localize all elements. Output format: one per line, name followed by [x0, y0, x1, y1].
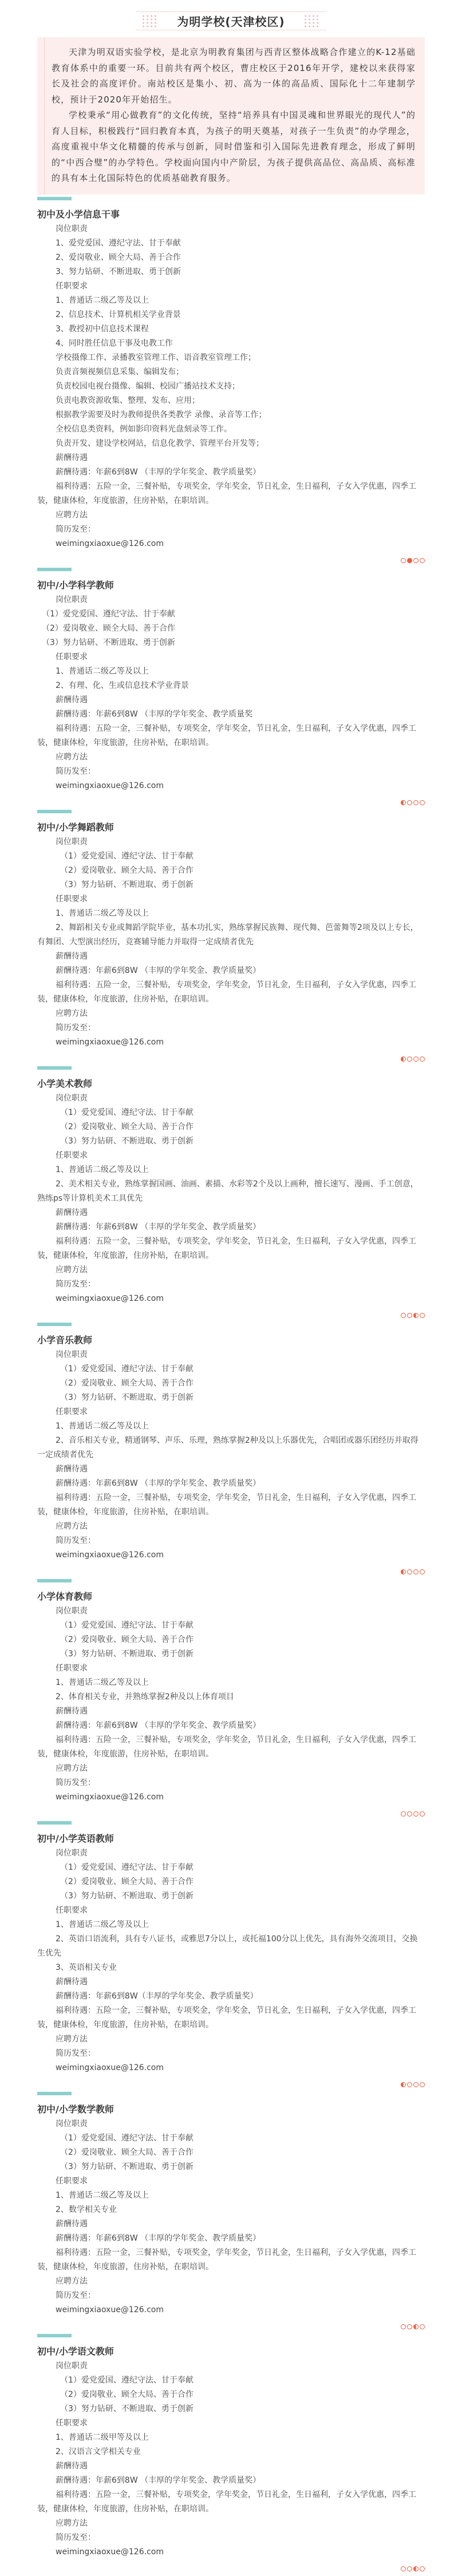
- apply-label: 应聘方法: [37, 2032, 425, 2047]
- benefits-text: 福利待遇：五险一金，三餐补贴，专项奖金，学年奖金，节日礼金，生日福利，子女入学优…: [37, 1733, 425, 1762]
- requirements-list: 1、普通话二级乙等及以上2、舞蹈相关专业或舞蹈学院毕业，基本功扎实，熟练掌握民族…: [37, 907, 425, 949]
- salary-label: 薪酬待遇: [37, 1206, 425, 1220]
- benefits-text: 福利待遇：五险一金，三餐补贴，专项奖金，学年奖金，节日礼金，生日福利，子女入学优…: [37, 2488, 425, 2516]
- requirements-label: 任职要求: [37, 2416, 425, 2431]
- page-title: 为明学校(天津校区): [177, 13, 285, 29]
- article: 为明学校(天津校区) 天津为明双语实验学校，是北京为明教育集团与西青区整体战略合…: [0, 0, 458, 2571]
- carousel-dots: [37, 1569, 425, 1574]
- benefits-text: 福利待遇：五险一金，三餐补贴，专项奖金，学年奖金，节日礼金，生日福利，子女入学优…: [37, 480, 425, 508]
- section-divider-bar: [37, 197, 72, 200]
- duty-item: （1）爱党爱国、遵纪守法、甘于奉献: [37, 1861, 425, 1875]
- requirement-item: 2、汉语言文学相关专业: [37, 2445, 425, 2459]
- job-list: 初中及小学信息干事 岗位职责 1、爱党爱国、遵纪守法、甘于奉献2、爱岗敬业、顾全…: [37, 197, 425, 2571]
- duties-label: 岗位职责: [37, 1091, 425, 1106]
- carousel-dot-icon: [420, 1569, 425, 1574]
- header: 为明学校(天津校区): [37, 0, 425, 37]
- requirement-item: 1、普通话二级乙等及以上: [37, 1163, 425, 1177]
- duty-item: 2、爱岗敬业、顾全大局、善于合作: [37, 251, 425, 265]
- requirement-item: 4、同时胜任信息干事及电教工作: [37, 337, 425, 351]
- requirements-label: 任职要求: [37, 279, 425, 294]
- section-divider-bar: [37, 2092, 72, 2095]
- requirement-item: 1、普通话二级乙等及以上: [37, 294, 425, 308]
- job-section: 初中/小学数学教师 岗位职责 （1）爱党爱国、遵纪守法、甘于奉献（2）爱岗敬业、…: [37, 2092, 425, 2329]
- duty-item: （1）爱党爱国、遵纪守法、甘于奉献: [37, 1362, 425, 1376]
- benefits-text: 福利待遇：五险一金，三餐补贴，专项奖金，学年奖金，节日礼金，生日福利，子女入学优…: [37, 2246, 425, 2274]
- benefits-text: 福利待遇：五险一金，三餐补贴，专项奖金，学年奖金，节日礼金，生日福利，子女入学优…: [37, 2004, 425, 2032]
- job-section: 小学音乐教师 岗位职责 （1）爱党爱国、遵纪守法、甘于奉献（2）爱岗敬业、顾全大…: [37, 1323, 425, 1574]
- requirements-label: 任职要求: [37, 1661, 425, 1676]
- carousel-dot-icon: [407, 1811, 412, 1817]
- job-section: 小学体育教师 岗位职责 （1）爱党爱国、遵纪守法、甘于奉献（2）爱岗敬业、顾全大…: [37, 1579, 425, 1817]
- email-link[interactable]: weimingxiaoxue@126.com: [37, 2545, 425, 2559]
- salary-label: 薪酬待遇: [37, 1704, 425, 1719]
- carousel-dot-icon: [420, 2324, 425, 2329]
- duty-item: （3）努力钻研、不断进取、勇于创新: [37, 1391, 425, 1405]
- carousel-dot-icon: [413, 800, 418, 805]
- job-section: 初中/小学科学教师 岗位职责 （1）爱党爱国、遵纪守法、甘于奉献（2）爱岗敬业、…: [37, 568, 425, 805]
- requirements-label: 任职要求: [37, 650, 425, 664]
- intro-paragraph: 学校秉承“用心做教育”的文化传统，坚持“培养具有中国灵魂和世界眼光的现代人”的育…: [52, 108, 416, 187]
- carousel-dot-icon: [401, 2566, 406, 2571]
- duties-label: 岗位职责: [37, 1348, 425, 1362]
- section-divider-bar: [37, 1821, 72, 1825]
- duty-item: （2）爱岗敬业、顾全大局、善于合作: [37, 2388, 425, 2402]
- requirements-label: 任职要求: [37, 2174, 425, 2189]
- email-link[interactable]: weimingxiaoxue@126.com: [37, 1292, 425, 1306]
- carousel-dot-icon: [413, 1811, 418, 1817]
- requirement-item: 1、普通话二级甲等及以上: [37, 2431, 425, 2445]
- duties-label: 岗位职责: [37, 593, 425, 607]
- duty-item: （2）爱岗敬业、顾全大局、善于合作: [37, 2146, 425, 2160]
- carousel-dot-icon: [420, 2566, 425, 2571]
- carousel-dot-icon: [401, 558, 406, 563]
- carousel-dot-icon: [413, 2082, 418, 2087]
- duty-item: （3）努力钻研、不断进取、勇于创新: [37, 878, 425, 892]
- requirement-item: 学校摄像工作、录播教室管理工作、语音教室管理工作；: [37, 351, 425, 365]
- duties-list: （1）爱党爱国、遵纪守法、甘于奉献（2）爱岗敬业、顾全大局、善于合作（3）努力钻…: [37, 1861, 425, 1904]
- salary-label: 薪酬待遇: [37, 1462, 425, 1477]
- apply-text: 简历发至：: [37, 2289, 425, 2303]
- salary-text: 薪酬待遇：年薪6到8W （丰厚的学年奖金、教学质量奖）: [37, 465, 425, 480]
- carousel-dot-icon: [413, 2566, 418, 2571]
- requirement-item: 根据教学需要及时为教师提供各类教学 录像、录音等工作；: [37, 408, 425, 422]
- carousel-dot-icon: [420, 558, 425, 563]
- requirements-list: 1、普通话二级甲等及以上2、汉语言文学相关专业: [37, 2431, 425, 2459]
- section-divider-bar: [37, 1323, 72, 1326]
- requirement-item: 1、普通话二级乙等及以上: [37, 2189, 425, 2203]
- duty-item: （2）爱岗敬业、顾全大局、善于合作: [37, 622, 425, 636]
- duty-item: （3）努力钻研、不断进取、勇于创新: [37, 2160, 425, 2174]
- carousel-dot-icon: [420, 1056, 425, 1062]
- dot-pattern-icon: [303, 14, 321, 28]
- requirement-item: 2、有理、化、生或信息技术学业背景: [37, 679, 425, 693]
- apply-label: 应聘方法: [37, 2274, 425, 2289]
- job-title: 初中/小学科学教师: [37, 578, 425, 593]
- apply-text: 简历发至：: [37, 1277, 425, 1292]
- carousel-dots: [37, 2082, 425, 2087]
- carousel-dot-icon: [401, 1811, 406, 1817]
- duties-list: （1）爱党爱国、遵纪守法、甘于奉献（2）爱岗敬业、顾全大局、善于合作（3）努力钻…: [37, 1362, 425, 1405]
- requirement-item: 2、舞蹈相关专业或舞蹈学院毕业，基本功扎实，熟练掌握民族舞、现代舞、芭蕾舞等2项…: [37, 921, 425, 949]
- requirement-item: 1、普通话二级乙等及以上: [37, 1676, 425, 1690]
- apply-label: 应聘方法: [37, 750, 425, 765]
- duty-item: （2）爱岗敬业、顾全大局、善于合作: [37, 1120, 425, 1134]
- job-title: 初中/小学舞蹈教师: [37, 820, 425, 835]
- section-divider-bar: [37, 1066, 72, 1070]
- job-section: 小学美术教师 岗位职责 （1）爱党爱国、遵纪守法、甘于奉献（2）爱岗敬业、顾全大…: [37, 1066, 425, 1318]
- carousel-dot-icon: [407, 800, 412, 805]
- duty-item: （1）爱党爱国、遵纪守法、甘于奉献: [37, 2373, 425, 2388]
- carousel-dot-icon: [401, 2082, 406, 2087]
- carousel-dots: [37, 558, 425, 563]
- duty-item: （3）努力钻研、不断进取、勇于创新: [37, 1647, 425, 1661]
- intro-paragraph: 天津为明双语实验学校，是北京为明教育集团与西青区整体战略合作建立的K-12基础教…: [52, 45, 416, 108]
- job-title: 初中/小学数学教师: [37, 2102, 425, 2117]
- carousel-dot-icon: [420, 1811, 425, 1817]
- duties-list: 1、爱党爱国、遵纪守法、甘于奉献2、爱岗敬业、顾全大局、善于合作3、努力钻研、不…: [37, 236, 425, 279]
- requirement-item: 1、普通话二级乙等及以上: [37, 664, 425, 679]
- requirements-label: 任职要求: [37, 892, 425, 907]
- apply-text: 简历发至：: [37, 2531, 425, 2545]
- email-link[interactable]: weimingxiaoxue@126.com: [37, 1548, 425, 1562]
- duty-item: （2）爱岗敬业、顾全大局、善于合作: [37, 864, 425, 878]
- job-title: 初中及小学信息干事: [37, 207, 425, 222]
- requirement-item: 3、教授初中信息技术课程: [37, 322, 425, 337]
- requirements-list: 1、普通话二级乙等及以上2、音乐相关专业，精通钢琴、声乐、乐理，熟练掌握2种及以…: [37, 1419, 425, 1462]
- apply-text: 简历发至：: [37, 1776, 425, 1790]
- apply-text: 简历发至：: [37, 523, 425, 537]
- requirement-item: 负责开发、建设学校网站，信息化教学、管理平台开发等；: [37, 437, 425, 451]
- duties-list: （1）爱党爱国、遵纪守法、甘于奉献（2）爱岗敬业、顾全大局、善于合作（3）努力钻…: [37, 849, 425, 892]
- section-divider-bar: [37, 1579, 72, 1582]
- requirement-item: 负责校园电视台摄像、编辑、校园广播站技术支持；: [37, 379, 425, 394]
- carousel-dot-icon: [401, 800, 406, 805]
- duties-label: 岗位职责: [37, 222, 425, 236]
- requirement-item: 2、英语口语流利，具有专八证书，或雅思7分以上，或托福100分以上优先，具有海外…: [37, 1932, 425, 1961]
- apply-label: 应聘方法: [37, 1263, 425, 1277]
- carousel-dot-icon: [420, 800, 425, 805]
- carousel-dot-icon: [407, 2082, 412, 2087]
- apply-label: 应聘方法: [37, 1007, 425, 1021]
- duties-label: 岗位职责: [37, 2359, 425, 2373]
- duty-item: （3）努力钻研、不断进取、勇于创新: [37, 2402, 425, 2416]
- section-divider-bar: [37, 2334, 72, 2337]
- carousel-dot-icon: [413, 1056, 418, 1062]
- salary-text: 薪酬待遇：年薪6到8W（丰厚的学年奖金、教学质量奖）: [37, 1989, 425, 2004]
- requirement-item: 1、普通话二级乙等及以上: [37, 1918, 425, 1932]
- job-title: 初中/小学英语教师: [37, 1831, 425, 1846]
- carousel-dot-icon: [407, 1056, 412, 1062]
- requirement-item: 1、普通话二级乙等及以上: [37, 907, 425, 921]
- carousel-dots: [37, 1313, 425, 1318]
- duty-item: （1）爱党爱国、遵纪守法、甘于奉献: [37, 849, 425, 864]
- section-divider-bar: [37, 810, 72, 813]
- job-section: 初中及小学信息干事 岗位职责 1、爱党爱国、遵纪守法、甘于奉献2、爱岗敬业、顾全…: [37, 197, 425, 563]
- email-link[interactable]: weimingxiaoxue@126.com: [37, 2061, 425, 2075]
- salary-text: 薪酬待遇：年薪6到8W （丰厚的学年奖金、教学质量奖）: [37, 1477, 425, 1491]
- requirements-label: 任职要求: [37, 1904, 425, 1918]
- carousel-dot-icon: [401, 1313, 406, 1318]
- duty-item: （2）爱岗敬业、顾全大局、善于合作: [37, 1875, 425, 1889]
- section-divider-bar: [37, 568, 72, 571]
- job-title: 初中/小学语文教师: [37, 2344, 425, 2359]
- salary-label: 薪酬待遇: [37, 2217, 425, 2231]
- duty-item: （2）爱岗敬业、顾全大局、善于合作: [37, 1376, 425, 1391]
- duty-item: （3）努力钻研、不断进取、勇于创新: [37, 636, 425, 650]
- carousel-dot-icon: [420, 2082, 425, 2087]
- requirement-item: 负责音频视频信息采集、编辑发布；: [37, 365, 425, 379]
- carousel-dot-icon: [407, 2324, 412, 2329]
- job-section: 初中/小学英语教师 岗位职责 （1）爱党爱国、遵纪守法、甘于奉献（2）爱岗敬业、…: [37, 1821, 425, 2087]
- benefits-text: 福利待遇：五险一金，三餐补贴，专项奖金，学年奖金，节日礼金，生日福利，子女入学优…: [37, 978, 425, 1007]
- duty-item: （1）爱党爱国、遵纪守法、甘于奉献: [37, 2131, 425, 2146]
- duties-list: （1）爱党爱国、遵纪守法、甘于奉献（2）爱岗敬业、顾全大局、善于合作（3）努力钻…: [37, 1619, 425, 1661]
- email-link[interactable]: weimingxiaoxue@126.com: [37, 1790, 425, 1805]
- benefits-text: 福利待遇：五险一金，三餐补贴，专项奖金，学年奖金，节日礼金，生日福利，子女入学优…: [37, 1491, 425, 1520]
- requirements-label: 任职要求: [37, 1405, 425, 1419]
- duties-list: （1）爱党爱国、遵纪守法、甘于奉献（2）爱岗敬业、顾全大局、善于合作（3）努力钻…: [37, 607, 425, 650]
- apply-text: 简历发至：: [37, 1534, 425, 1548]
- requirement-item: 3、英语相关专业: [37, 1961, 425, 1975]
- intro-box: 天津为明双语实验学校，是北京为明教育集团与西青区整体战略合作建立的K-12基础教…: [37, 37, 425, 195]
- requirements-list: 1、普通话二级乙等及以上2、美术相关专业，熟练掌握国画、油画、素描、水彩等2个及…: [37, 1163, 425, 1206]
- apply-label: 应聘方法: [37, 1520, 425, 1534]
- salary-label: 薪酬待遇: [37, 1975, 425, 1989]
- carousel-dot-icon: [401, 2324, 406, 2329]
- duty-item: （2）爱岗敬业、顾全大局、善于合作: [37, 1633, 425, 1647]
- carousel-dot-icon: [407, 2566, 412, 2571]
- carousel-dot-icon: [407, 558, 412, 563]
- requirement-item: 负责电教资源收集、整理、发布、应用；: [37, 394, 425, 408]
- duty-item: （1）爱党爱国、遵纪守法、甘于奉献: [37, 607, 425, 622]
- duties-label: 岗位职责: [37, 835, 425, 849]
- carousel-dots: [37, 2324, 425, 2329]
- carousel-dots: [37, 1811, 425, 1817]
- duty-item: （1）爱党爱国、遵纪守法、甘于奉献: [37, 1106, 425, 1120]
- requirements-list: 1、普通话二级乙等及以上2、有理、化、生或信息技术学业背景: [37, 664, 425, 693]
- carousel-dot-icon: [420, 1313, 425, 1318]
- duties-label: 岗位职责: [37, 1846, 425, 1861]
- job-title: 小学体育教师: [37, 1589, 425, 1604]
- duties-list: （1）爱党爱国、遵纪守法、甘于奉献（2）爱岗敬业、顾全大局、善于合作（3）努力钻…: [37, 1106, 425, 1149]
- job-section: 初中/小学舞蹈教师 岗位职责 （1）爱党爱国、遵纪守法、甘于奉献（2）爱岗敬业、…: [37, 810, 425, 1062]
- salary-text: 薪酬待遇：年薪6到8W （丰厚的学年奖金、教学质量奖）: [37, 2474, 425, 2488]
- carousel-dots: [37, 1056, 425, 1062]
- salary-label: 薪酬待遇: [37, 949, 425, 964]
- apply-label: 应聘方法: [37, 1762, 425, 1776]
- requirement-item: 2、音乐相关专业，精通钢琴、声乐、乐理，熟练掌握2种及以上乐器优先，合唱团或器乐…: [37, 1434, 425, 1462]
- duties-label: 岗位职责: [37, 2117, 425, 2131]
- carousel-dot-icon: [413, 1313, 418, 1318]
- apply-label: 应聘方法: [37, 2516, 425, 2531]
- salary-text: 薪酬待遇：年薪6到8W （丰厚的学年奖金、教学质量奖）: [37, 1220, 425, 1234]
- requirements-list: 1、普通话二级乙等及以上2、数学相关专业: [37, 2189, 425, 2217]
- carousel-dot-icon: [413, 1569, 418, 1574]
- salary-text: 薪酬待遇：年薪6到8W （丰厚的学年奖金、教学质量奖）: [37, 2231, 425, 2246]
- email-link[interactable]: weimingxiaoxue@126.com: [37, 779, 425, 793]
- requirements-list: 1、普通话二级乙等及以上2、体育相关专业，并熟练掌握2种及以上体育项目: [37, 1676, 425, 1704]
- duties-label: 岗位职责: [37, 1604, 425, 1619]
- email-link[interactable]: weimingxiaoxue@126.com: [37, 2303, 425, 2317]
- duties-list: （1）爱党爱国、遵纪守法、甘于奉献（2）爱岗敬业、顾全大局、善于合作（3）努力钻…: [37, 2373, 425, 2416]
- requirement-item: 2、信息技术、计算机相关学业背景: [37, 308, 425, 322]
- carousel-dot-icon: [407, 1569, 412, 1574]
- requirement-item: 全校信息类资料，例如影印资料光盘刻录等工作。: [37, 422, 425, 437]
- duty-item: （1）爱党爱国、遵纪守法、甘于奉献: [37, 1619, 425, 1633]
- duty-item: （3）努力钻研、不断进取、勇于创新: [37, 1889, 425, 1904]
- salary-label: 薪酬待遇: [37, 693, 425, 707]
- job-section: 初中/小学语文教师 岗位职责 （1）爱党爱国、遵纪守法、甘于奉献（2）爱岗敬业、…: [37, 2334, 425, 2571]
- dot-pattern-icon: [141, 14, 159, 28]
- requirement-item: 2、体育相关专业，并熟练掌握2种及以上体育项目: [37, 1690, 425, 1704]
- apply-text: 简历发至：: [37, 1021, 425, 1035]
- benefits-text: 福利待遇：五险一金，三餐补贴，专项奖金，学年奖金，节日礼金，生日福利，子女入学优…: [37, 1234, 425, 1263]
- salary-label: 薪酬待遇: [37, 2459, 425, 2474]
- salary-text: 薪酬待遇：年薪6到8W （丰厚的学年奖金、教学质量奖）: [37, 1719, 425, 1733]
- email-link[interactable]: weimingxiaoxue@126.com: [37, 1035, 425, 1050]
- apply-text: 简历发至：: [37, 765, 425, 779]
- carousel-dots: [37, 800, 425, 805]
- requirements-list: 1、普通话二级乙等及以上2、信息技术、计算机相关学业背景3、教授初中信息技术课程…: [37, 294, 425, 451]
- benefits-text: 福利待遇：五险一金，三餐补贴，专项奖金，学年奖金，节日礼金，生日福利，子女入学优…: [37, 722, 425, 750]
- requirements-label: 任职要求: [37, 1149, 425, 1163]
- apply-label: 应聘方法: [37, 508, 425, 523]
- carousel-dots: [37, 2566, 425, 2571]
- carousel-dot-icon: [413, 558, 418, 563]
- requirements-list: 1、普通话二级乙等及以上2、英语口语流利，具有专八证书，或雅思7分以上，或托福1…: [37, 1918, 425, 1975]
- job-title: 小学音乐教师: [37, 1333, 425, 1348]
- salary-text: 薪酬待遇：年薪6到8W （丰厚的学年奖金、教学质量奖）: [37, 964, 425, 978]
- carousel-dot-icon: [401, 1569, 406, 1574]
- carousel-dot-icon: [407, 1313, 412, 1318]
- requirement-item: 2、美术相关专业，熟练掌握国画、油画、素描、水彩等2个及以上画种，擅长速写、漫画…: [37, 1177, 425, 1206]
- salary-label: 薪酬待遇: [37, 451, 425, 465]
- duties-list: （1）爱党爱国、遵纪守法、甘于奉献（2）爱岗敬业、顾全大局、善于合作（3）努力钻…: [37, 2131, 425, 2174]
- email-link[interactable]: weimingxiaoxue@126.com: [37, 537, 425, 551]
- carousel-dot-icon: [413, 2324, 418, 2329]
- duty-item: （3）努力钻研、不断进取、勇于创新: [37, 1134, 425, 1149]
- carousel-dot-icon: [401, 1056, 406, 1062]
- title-banner: 为明学校(天津校区): [136, 11, 326, 30]
- requirement-item: 2、数学相关专业: [37, 2203, 425, 2217]
- duty-item: 1、爱党爱国、遵纪守法、甘于奉献: [37, 236, 425, 251]
- requirement-item: 1、普通话二级乙等及以上: [37, 1419, 425, 1434]
- job-title: 小学美术教师: [37, 1077, 425, 1091]
- apply-text: 简历发至：: [37, 2047, 425, 2061]
- duty-item: 3、努力钻研、不断进取、勇于创新: [37, 265, 425, 279]
- salary-text: 薪酬待遇：年薪6到8W （丰厚的学年奖金、教学质量奖: [37, 707, 425, 722]
